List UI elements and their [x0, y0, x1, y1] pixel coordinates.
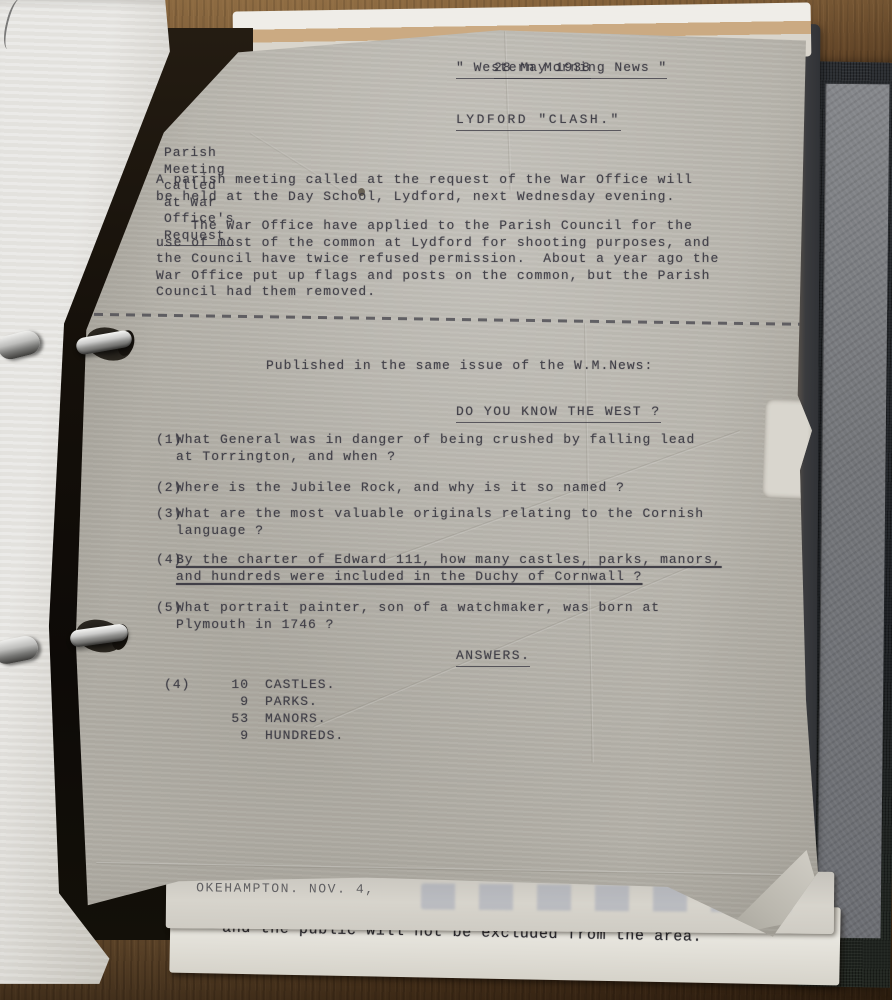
body-paragraph: The War Office have applied to the Paris…: [156, 218, 756, 301]
dateline-text: OKEHAMPTON. NOV. 4,: [196, 880, 375, 897]
body-paragraph: A parish meeting called at the request o…: [156, 172, 756, 205]
felt-backing-sheet: [817, 84, 890, 939]
dashed-divider: [94, 313, 824, 326]
answers-ref: (4): [164, 676, 190, 693]
answer-qty: 53: [219, 710, 249, 727]
question-text: Where is the Jubilee Rock, and why is it…: [176, 480, 625, 497]
photo-of-archival-binder: , and no use of tracked vehicles, and th…: [0, 0, 892, 1000]
answer-row: 9 HUNDREDS.: [164, 727, 564, 744]
typed-content: " Western Morning News " 28 May 1938 LYD…: [156, 22, 756, 944]
answer-row: 9 PARKS.: [164, 693, 564, 710]
answer-row: 53 MANORS.: [164, 710, 564, 727]
question-text: What portrait painter, son of a watchmak…: [176, 600, 660, 633]
answer-row: 10 CASTLES.: [164, 676, 564, 693]
answers-block: (4) 10 CASTLES. 9 PARKS. 53 MANORS. 9 HU…: [164, 676, 564, 744]
answer-qty: 9: [219, 693, 249, 710]
answer-qty: 10: [219, 676, 249, 693]
question-text: What General was in danger of being crus…: [176, 432, 695, 465]
answer-qty: 9: [219, 727, 249, 744]
publication-date: 28 May 1938: [494, 60, 591, 79]
answer-label: CASTLES.: [265, 676, 335, 693]
question-text: By the charter of Edward 111, how many c…: [176, 552, 722, 585]
answer-label: PARKS.: [265, 693, 318, 710]
main-page: " Western Morning News " 28 May 1938 LYD…: [66, 22, 818, 944]
answer-label: MANORS.: [265, 710, 327, 727]
question-text: What are the most valuable originals rel…: [176, 506, 704, 539]
loose-thread: [0, 0, 28, 51]
answer-label: HUNDREDS.: [265, 727, 344, 744]
published-note: Published in the same issue of the W.M.N…: [266, 358, 653, 375]
